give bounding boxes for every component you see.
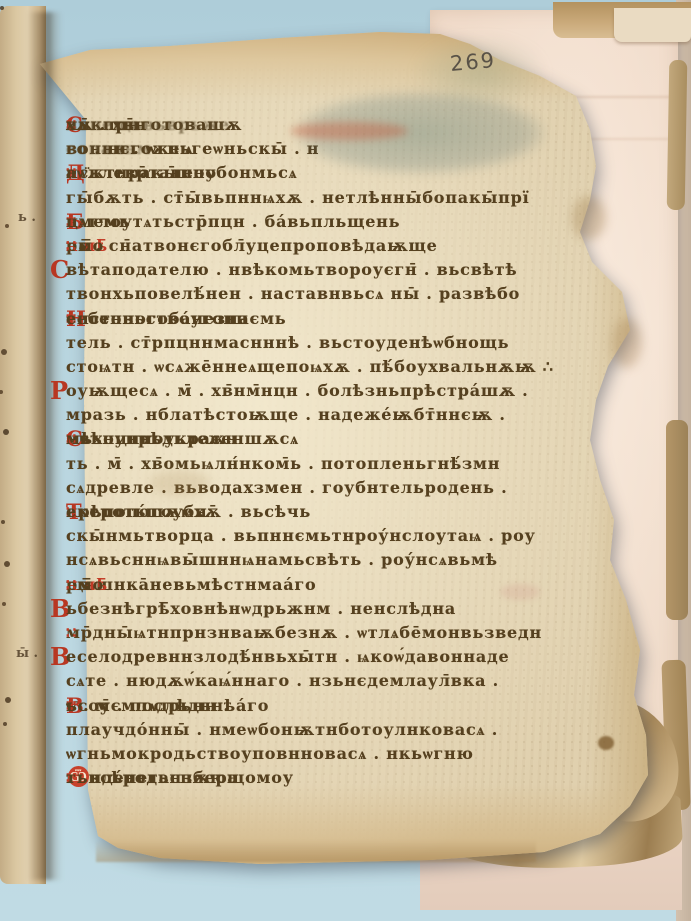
text-segment: вѣтаподателю . нвѣкомьтвороуєгн̄ . вьсвѣ… xyxy=(66,258,517,282)
manuscript-line: нзнденегаснѫющомоу ∷ Ѿтьвсѣ́родьнзбера xyxy=(66,766,606,790)
manuscript-line: воннн . ѡгньгеѡньскы̄ . неопалнмго . нєг… xyxy=(66,137,606,161)
text-segment: мразь . нблатѣстоѭще . надеже́ѭбт̄ннєѭ . xyxy=(66,403,506,427)
manuscript-line: гы̄бѫть . ст̄ы̄вьпннѩхѫ . нетлѣнны̄бопак… xyxy=(66,186,606,210)
text-segment: скы̄нмьтворца . вьпннємьтнроу́нслоутаѩ .… xyxy=(66,524,536,548)
folio-number: 269 xyxy=(449,48,497,76)
text-segment: на . сн̄атвонєгобл̄уцепроповѣдаѭще xyxy=(66,234,438,258)
text-block: лнкпрнготовашѫ ∷ Свьпещьвьврьжехѫ̄ . хв̄… xyxy=(66,113,606,790)
manuscript-line: сѧдревле . вьводахзмен . гоубнтельродень… xyxy=(66,476,606,500)
manuscript-line: ть . м̄ . хв̄омьѩлн́нком̄ь . потопленьгн… xyxy=(66,452,606,476)
text-segment: нсѧвьсннѩвы̄шннѩнамьсвѣть . роу́нсѧвьмѣ xyxy=(66,548,498,572)
manuscript-line: нсѧвьсннѩвы̄шннѩнамьсвѣть . роу́нсѧвьмѣ xyxy=(66,548,606,572)
manuscript-line: мр̄дны̄ѩтнпрнзнваѭбезнѫ . ѡтлѧбе̄монвьзв… xyxy=(66,621,606,645)
text-segment: сѧдревле . вьводахзмен . гоубнтельродень… xyxy=(66,476,507,500)
text-segment: го . нєгожеѩ xyxy=(66,137,193,161)
leaf-bottom-shadow xyxy=(96,840,536,862)
text-segment: плаучдо́нны̄ . нмеѡбонѭтнботоулнковасѧ . xyxy=(66,718,498,742)
manuscript-line: нсклевр̄танеоубонмьсѧ ∷ Даѡ̈жтнракы̄нно xyxy=(66,161,606,185)
manuscript-line: Роуѭщесѧ . м̄ . хв̄нм̄нцн . болѣзньпрѣст… xyxy=(66,379,606,403)
text-segment: стоѩтн . ѡсѧже̄ннеѧщепоѩхѫ . пѣ́боухваль… xyxy=(66,355,554,379)
manuscript-line: щьшнка̄невьмѣстнмаа́го ∷ пѣ̄ . з̄ . нрм̄… xyxy=(66,573,606,597)
manuscript-line: тель . ст̄рпцннмаснннѣ . вьстоуденѣѡбнощ… xyxy=(66,331,606,355)
text-segment: аѡ̈жтнракы̄нно xyxy=(66,161,217,185)
manuscript-line: сѧте . нюдѫѡ́каѩ́ннаго . нзьнєдемлаул̄вк… xyxy=(66,669,606,693)
text-segment: ьсоуємлѧдрьнн . xyxy=(66,694,230,718)
text-segment: енстовьствоугонн xyxy=(66,307,249,331)
text-segment: гы̄бѫть . ст̄ы̄вьпннѩхѫ . нетлѣнны̄бопак… xyxy=(66,186,530,210)
manuscript-line: нвѣнцнноукрасеншѫсѧ ∷ Смѣхоупрѣдьлежн xyxy=(66,427,606,451)
text-segment: цѧтлоутѧтьстр̄пцн . ба́вьпльщень xyxy=(66,210,400,234)
text-segment: ть . м̄ . хв̄омьѩлн́нком̄ь . потопленьгн… xyxy=(66,452,500,476)
manuscript-line: ѡгньмокродьствоуповнновасѧ . нкьѡгню xyxy=(66,742,606,766)
manuscript-line: твонхьповелѣ́нен . наставнвьсѧ ны̄ . раз… xyxy=(66,282,606,306)
text-segment: мр̄дны̄ѩтнпрнзнваѭбезнѫ . ѡтлѧбе̄монвьзв… xyxy=(66,621,542,645)
text-segment: твонхьповелѣ́нен . наставнвьсѧ ны̄ . раз… xyxy=(66,282,520,306)
manuscript-line: мразь . нблатѣстоѭще . надеже́ѭбт̄ннєѭ . xyxy=(66,403,606,427)
text-segment: мѣхоупрѣдьлежн xyxy=(66,427,238,451)
text-segment: тьвсѣ́родьнзбера xyxy=(66,766,239,790)
text-segment: ѡгньмокродьствоуповнновасѧ . нкьѡгню xyxy=(66,742,474,766)
text-segment: ьбезнѣгрѣ̄ховнѣнѡдрьжнм . ненслѣдна xyxy=(66,597,456,621)
manuscript-line: крѣпопогоубн ∷ Текероть́шѫѩхѫ̄ . вьсѣчь xyxy=(66,500,606,524)
text-segment: хѫ̄ . хв̄н xyxy=(66,113,147,137)
manuscript-line: Веселодревннзлодѣ́нвьхы̄тн . ѩкоѡ́давонн… xyxy=(66,645,606,669)
text-segment: оуѭщесѧ . м̄ . хв̄нм̄нцн . болѣзньпрѣстр… xyxy=(66,379,529,403)
manuscript-photo: ь . ы̄ . лнкпрнготовашѫ ∷ Свьпещьвьврьже… xyxy=(0,0,691,921)
manuscript-line: Свѣтаподателю . нвѣкомьтвороуєгн̄ . вьсв… xyxy=(66,258,606,282)
text-segment: сѧте . нюдѫѡ́каѩ́ннаго . нзьнєдемлаул̄вк… xyxy=(66,669,499,693)
manuscript-line: ѡ̄ . м̄ . послѣдьнѣа́го ∷ Вьсоуємлѧдрьнн… xyxy=(66,694,606,718)
text-segment: екероть́шѫѩхѫ̄ . вьсѣчь xyxy=(66,500,311,524)
text-segment: тель . ст̄рпцннмаснннѣ . вьстоуденѣѡбнощ… xyxy=(66,331,509,355)
manuscript-line: лнкпрнготовашѫ ∷ Свьпещьвьврьжехѫ̄ . хв̄… xyxy=(66,113,606,137)
manuscript-line: Вьбезнѣгрѣ̄ховнѣнѡдрьжнм . ненслѣдна xyxy=(66,597,606,621)
manuscript-line: стоѩтн . ѡсѧже̄ннеѧщепоѩхѫ . пѣ́боухваль… xyxy=(66,355,606,379)
manuscript-line: плаучдо́нны̄ . нмеѡбонѭтнботоулнковасѧ . xyxy=(66,718,606,742)
manuscript-line: нмемь ∷ Б цѧтлоутѧтьстр̄пцн . ба́вьпльще… xyxy=(66,210,606,234)
manuscript-line: скы̄нмьтворца . вьпннємьтнроу́нслоутаѩ .… xyxy=(66,524,606,548)
text-segment: еселодревннзлодѣ́нвьхы̄тн . ѩкоѡ́давонна… xyxy=(66,645,509,669)
manuscript-line: на . сн̄атвонєгобл̄уцепроповѣдаѭще ∷ пѣ̄… xyxy=(66,234,606,258)
manuscript-line: тебенногоба́незнаємь ∷ Ненстовьствоугонн xyxy=(66,307,606,331)
